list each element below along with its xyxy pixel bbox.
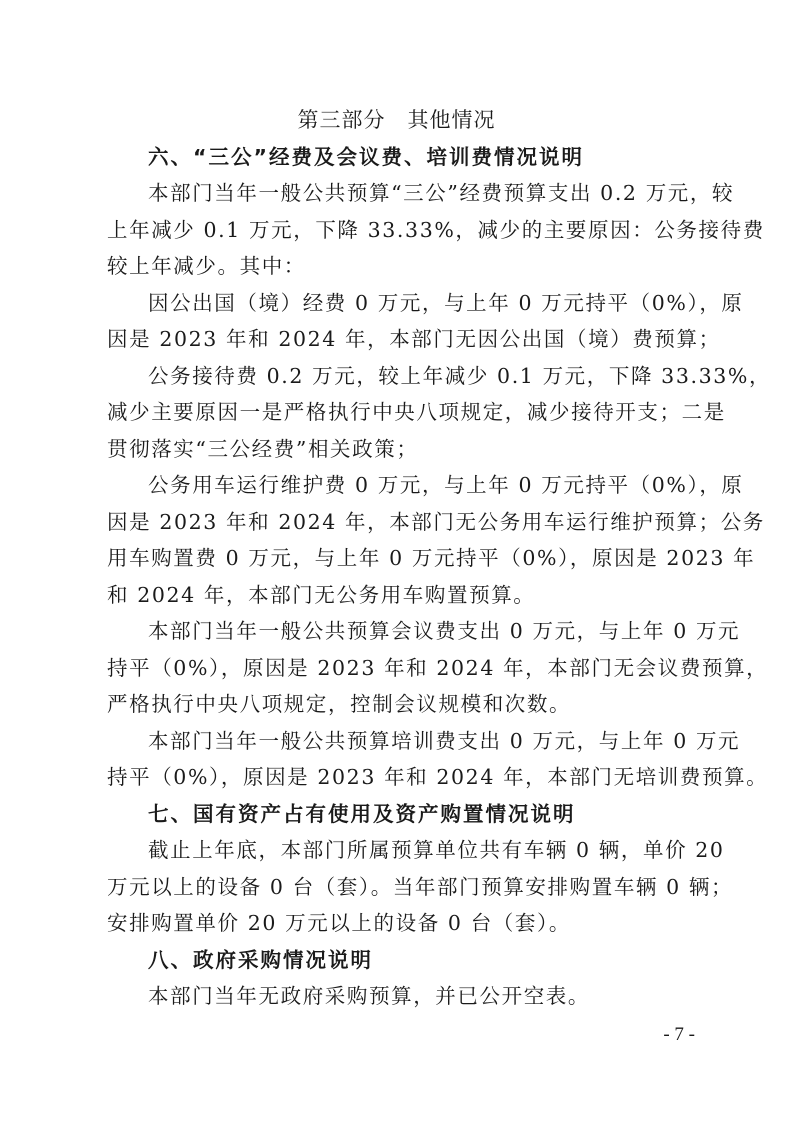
paragraph-line: 安排购置单价 20 万元以上的设备 0 台（套）。	[107, 905, 697, 941]
section-heading-6: 六、“三公”经费及会议费、培训费情况说明	[148, 139, 697, 175]
paragraph-line: 因是 2023 年和 2024 年，本部门无因公出国（境）费预算；	[107, 321, 697, 357]
paragraph-line: 持平（0%），原因是 2023 年和 2024 年，本部门无会议费预算，	[107, 650, 697, 686]
paragraph-line: 因公出国（境）经费 0 万元，与上年 0 万元持平（0%），原	[148, 285, 697, 321]
paragraph-line: 本部门当年无政府采购预算，并已公开空表。	[148, 978, 697, 1014]
paragraph-line: 持平（0%），原因是 2023 年和 2024 年，本部门无培训费预算。	[107, 759, 697, 795]
paragraph-line: 上年减少 0.1 万元，下降 33.33%，减少的主要原因：公务接待费	[107, 212, 697, 248]
paragraph-line: 本部门当年一般公共预算“三公”经费预算支出 0.2 万元，较	[148, 175, 697, 211]
paragraph-line: 因是 2023 年和 2024 年，本部门无公务用车运行维护预算；公务	[107, 504, 697, 540]
paragraph-line: 严格执行中央八项规定，控制会议规模和次数。	[107, 686, 697, 722]
paragraph-line: 本部门当年一般公共预算培训费支出 0 万元，与上年 0 万元	[148, 723, 697, 759]
paragraph-line: 公务接待费 0.2 万元，较上年减少 0.1 万元，下降 33.33%，	[148, 358, 697, 394]
paragraph-line: 和 2024 年，本部门无公务用车购置预算。	[107, 577, 697, 613]
paragraph-line: 减少主要原因一是严格执行中央八项规定，减少接待开支；二是	[107, 394, 697, 430]
section-heading-7: 七、国有资产占有使用及资产购置情况说明	[148, 796, 697, 832]
section-heading-8: 八、政府采购情况说明	[148, 942, 697, 978]
paragraph-line: 本部门当年一般公共预算会议费支出 0 万元，与上年 0 万元	[148, 613, 697, 649]
paragraph-line: 截止上年底，本部门所属预算单位共有车辆 0 辆，单价 20	[148, 832, 697, 868]
paragraph-line: 贯彻落实“三公经费”相关政策；	[107, 431, 697, 467]
document-page: 第三部分 其他情况 六、“三公”经费及会议费、培训费情况说明 本部门当年一般公共…	[0, 0, 793, 1122]
part-title: 第三部分 其他情况	[0, 102, 793, 138]
paragraph-line: 较上年减少。其中：	[107, 248, 697, 284]
paragraph-line: 用车购置费 0 万元，与上年 0 万元持平（0%），原因是 2023 年	[107, 540, 697, 576]
page-number: - 7 -	[663, 1020, 695, 1050]
paragraph-line: 公务用车运行维护费 0 万元，与上年 0 万元持平（0%），原	[148, 467, 697, 503]
paragraph-line: 万元以上的设备 0 台（套）。当年部门预算安排购置车辆 0 辆；	[107, 869, 697, 905]
